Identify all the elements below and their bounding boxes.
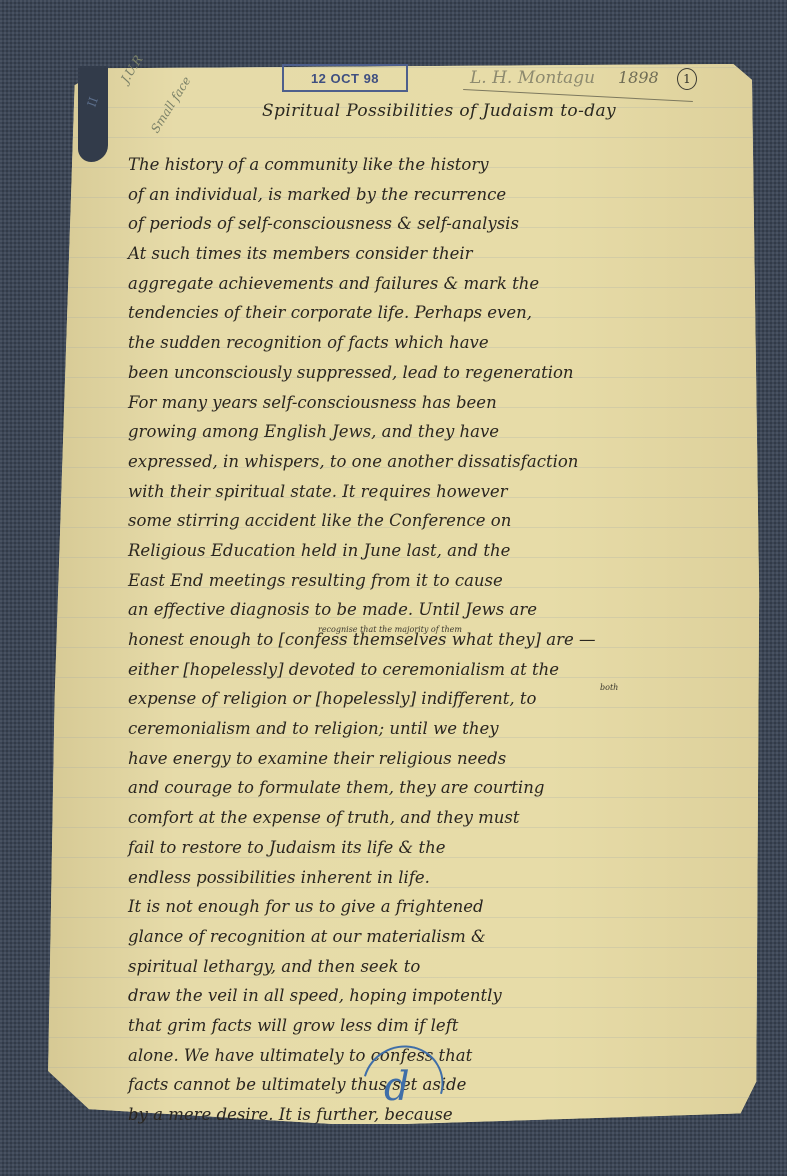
text-line: growing among English Jews, and they hav… (128, 417, 738, 447)
text-line: an effective diagnosis to be made. Until… (128, 595, 738, 625)
text-line: of periods of self-consciousness & self-… (128, 209, 738, 239)
text-line: East End meetings resulting from it to c… (128, 566, 738, 596)
text-line: endless possibilities inherent in life. (128, 863, 738, 893)
blue-pencil-letter: d (384, 1064, 410, 1110)
page-number-circle: 1 (677, 68, 697, 90)
text-line: ceremonialism and to religion; until we … (128, 714, 738, 744)
text-line: For many years self-consciousness has be… (128, 388, 738, 418)
text-line: some stirring accident like the Conferen… (128, 506, 738, 536)
text-line: have energy to examine their religious n… (128, 744, 738, 774)
text-line: aggregate achievements and failures & ma… (128, 269, 738, 299)
text-line: comfort at the expense of truth, and the… (128, 803, 738, 833)
text-line: It is not enough for us to give a fright… (128, 892, 738, 922)
author-annotation: L. H. Montagu (470, 68, 595, 88)
text-line: of an individual, is marked by the recur… (128, 180, 738, 210)
torn-corner (78, 66, 108, 162)
text-line: fail to restore to Judaism its life & th… (128, 833, 738, 863)
text-line: At such times its members consider their (128, 239, 738, 269)
text-line: expressed, in whispers, to one another d… (128, 447, 738, 477)
interlinear-insertion: recognise that the majority of them (318, 625, 462, 634)
text-line: that grim facts will grow less dim if le… (128, 1011, 738, 1041)
text-line: draw the veil in all speed, hoping impot… (128, 981, 738, 1011)
text-line: spiritual lethargy, and then seek to (128, 952, 738, 982)
text-line: the sudden recognition of facts which ha… (128, 328, 738, 358)
date-stamp: 12 OCT 98 (282, 64, 408, 92)
text-line: either [hopelessly] devoted to ceremonia… (128, 655, 738, 685)
interlinear-insertion: both (600, 683, 618, 692)
text-line: Religious Education held in June last, a… (128, 536, 738, 566)
document-title: Spiritual Possibilities of Judaism to-da… (262, 101, 616, 121)
manuscript-body: The history of a community like the hist… (128, 150, 738, 1130)
text-line: with their spiritual state. It requires … (128, 477, 738, 507)
text-line: been unconsciously suppressed, lead to r… (128, 358, 738, 388)
text-line: The history of a community like the hist… (128, 150, 738, 180)
text-line: expense of religion or [hopelessly] indi… (128, 684, 738, 714)
year-annotation: 1898 (618, 68, 659, 87)
text-line: tendencies of their corporate life. Perh… (128, 298, 738, 328)
text-line: and courage to formulate them, they are … (128, 773, 738, 803)
text-line: glance of recognition at our materialism… (128, 922, 738, 952)
